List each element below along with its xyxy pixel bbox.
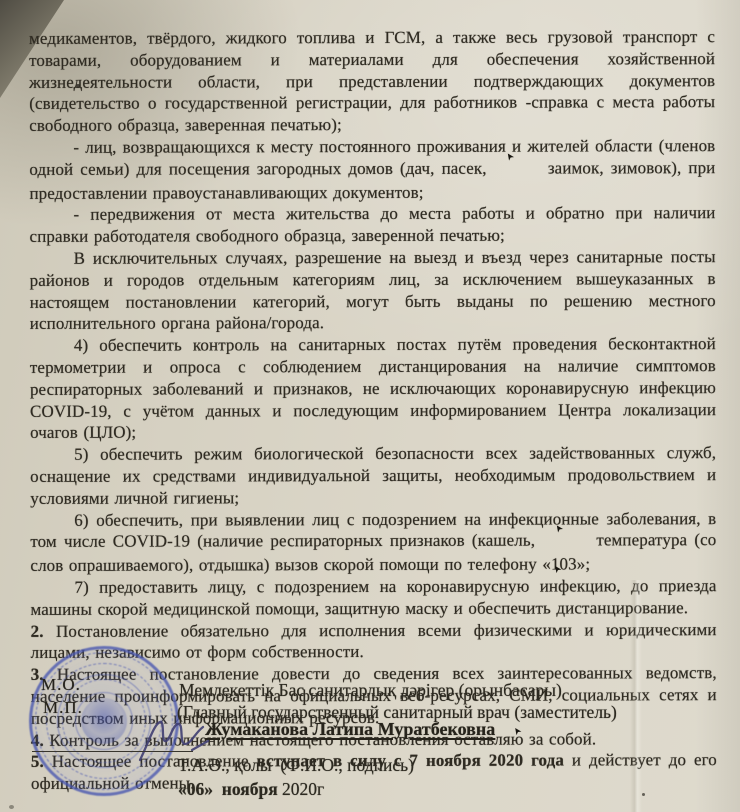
text-run: медикаментов, твёрдого, жидкого топлива … — [29, 27, 715, 135]
text-run: 7) предоставить лицу, с подозрением на к… — [30, 576, 716, 619]
paragraph: 7) предоставить лицу, с подозрением на к… — [30, 575, 716, 620]
signature-date-year: 2020г — [278, 779, 325, 799]
text-run: 5) обеспечить режим биологической безопа… — [30, 443, 716, 507]
paper-speck — [9, 805, 14, 809]
scanned-document-photo: медикаментов, твёрдого, жидкого топлива … — [0, 0, 740, 812]
signature-date-day-month: «06» ноября — [178, 779, 278, 799]
paragraph: 4) обеспечить контроль на санитарных пос… — [30, 333, 716, 444]
seal-place-label-mo: М.О. — [41, 675, 81, 695]
text-run: В исключительных случаях, разрешение на … — [30, 247, 716, 333]
paragraph: - лиц, возвращающихся к месту постоянног… — [29, 135, 715, 204]
signature-date: «06» ноября 2020г — [178, 779, 324, 800]
text-run: 4) обеспечить контроль на санитарных пос… — [30, 334, 716, 442]
bold-text-run: 2. — [31, 621, 44, 640]
signatory-name: Жумаканова Латипа Муратбековна — [205, 719, 495, 740]
signature-caption: Т.А.Ә., қолы (Ф.И.О., подпись) — [178, 755, 414, 776]
stamp-emblem — [81, 698, 127, 744]
paragraph: медикаментов, твёрдого, жидкого топлива … — [29, 26, 715, 137]
paragraph: 6) обеспечить, при выявлении лиц с подоз… — [30, 508, 716, 577]
paragraph: 5) обеспечить режим биологической безопа… — [30, 442, 716, 509]
signatory-title-kazakh: Мемлекеттік Бас санитарлық дәрігер (орын… — [179, 680, 562, 701]
paragraph: В исключительных случаях, разрешение на … — [30, 246, 716, 335]
text-run: - передвижения от места жительства до ме… — [30, 203, 716, 246]
paragraph: - передвижения от места жительства до ме… — [29, 202, 715, 247]
signature-line — [32, 751, 193, 752]
seal-place-label-mp: М.П. — [43, 698, 83, 718]
paper-speck — [642, 793, 645, 796]
